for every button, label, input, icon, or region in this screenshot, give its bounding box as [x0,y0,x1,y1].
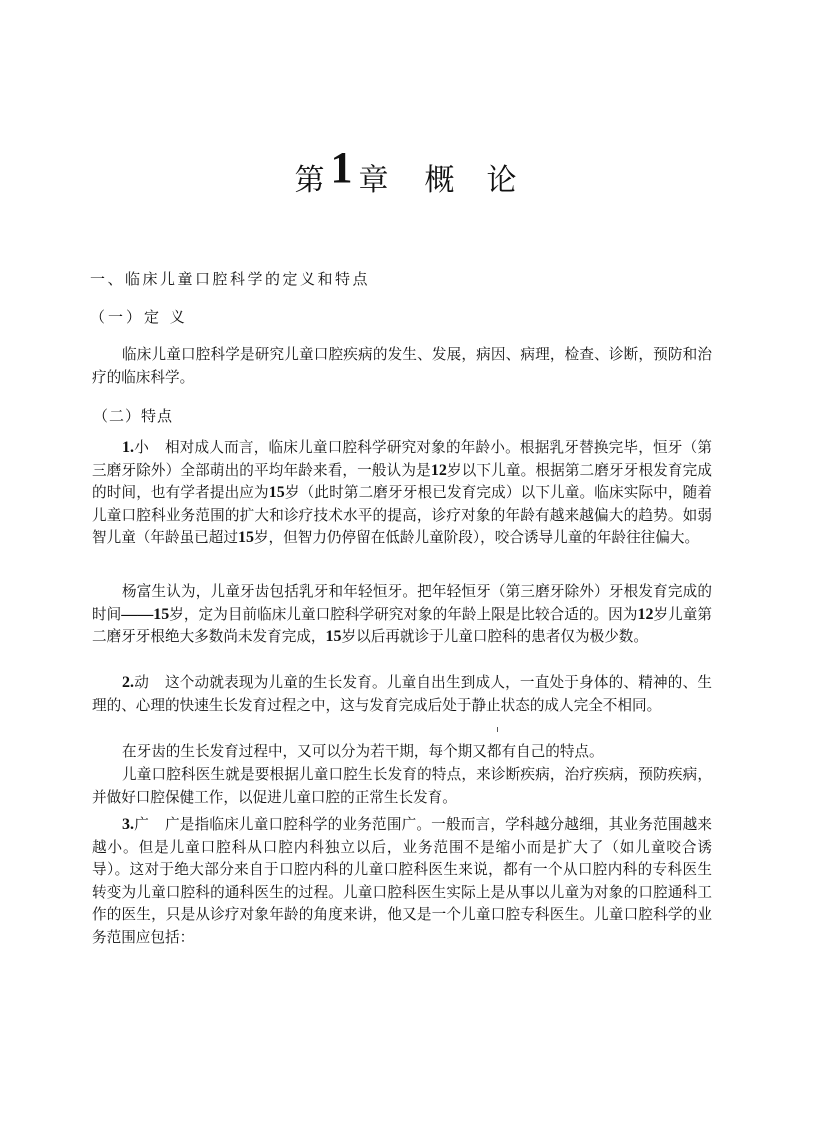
feature-2-number: 2. [122,674,134,691]
age-number: 15 [238,529,254,546]
feature-1-label: 小 [134,439,149,456]
age-number: 15 [153,606,169,623]
age-number: 12 [637,606,653,623]
feature-2-paragraph: 2.动这个动就表现为儿童的生长发育。儿童自出生到成人，一直处于身体的、精神的、生… [92,672,712,717]
text-run: 岁，但智力仍停留在低龄儿童阶段），咬合诱导儿童的年龄往往偏大。 [254,529,699,546]
section-heading: 一、临床儿童口腔科学的定义和特点 [90,268,370,289]
text-run: 广是指临床儿童口腔科学的业务范围广。一般而言，学科越分越细，其业务范围越来越小。… [92,816,712,946]
subsection-features-heading: （二）特点 [93,405,173,426]
feature-3-label: 广 [134,816,149,833]
stray-mark [497,727,498,732]
chapter-title-b: 论 [487,163,519,198]
chapter-title-a: 概 [425,163,457,198]
text-run: 岁，定为目前临床儿童口腔科学研究对象的年龄上限是比较合适的。因为 [169,606,637,623]
age-number: 15 [269,484,285,501]
age-number: 15 [326,628,342,645]
teeth-stages-paragraph: 在牙齿的生长发育过程中，又可以分为若干期，每个期又都有自己的特点。 [92,741,712,764]
text-run: 这个动就表现为儿童的生长发育。儿童自出生到成人，一直处于身体的、精神的、生理的、… [92,674,712,714]
feature-1-paragraph: 1.小相对成人而言，临床儿童口腔科学研究对象的年龄小。根据乳牙替换完毕，恒牙（第… [92,437,712,550]
chapter-title: 第1章概论 [0,150,813,201]
feature-1-number: 1. [122,439,134,456]
chapter-prefix: 第 [295,163,327,198]
doctor-paragraph: 儿童口腔科医生就是要根据儿童口腔生长发育的特点，来诊断疾病，治疗疾病，预防疾病，… [92,764,712,809]
subsection-definition-heading: （一）定 义 [90,306,188,327]
text-run: 岁以后再就诊于儿童口腔科的患者仅为极少数。 [342,628,648,645]
definition-paragraph: 临床儿童口腔科学是研究儿童口腔疾病的发生、发展，病因、病理，检查、诊断，预防和治… [92,344,712,389]
age-number: 12 [431,462,447,479]
yang-paragraph: 杨富生认为，儿童牙齿包括乳牙和年轻恒牙。把年轻恒牙（第三磨牙除外）牙根发育完成的… [92,581,712,649]
chapter-suffix: 章 [359,163,391,198]
chapter-number: 1 [331,143,355,192]
feature-3-number: 3. [122,816,134,833]
feature-2-label: 动 [134,674,149,691]
em-dash: —— [121,606,153,623]
feature-3-paragraph: 3.广广是指临床儿童口腔科学的业务范围广。一般而言，学科越分越细，其业务范围越来… [92,814,712,949]
